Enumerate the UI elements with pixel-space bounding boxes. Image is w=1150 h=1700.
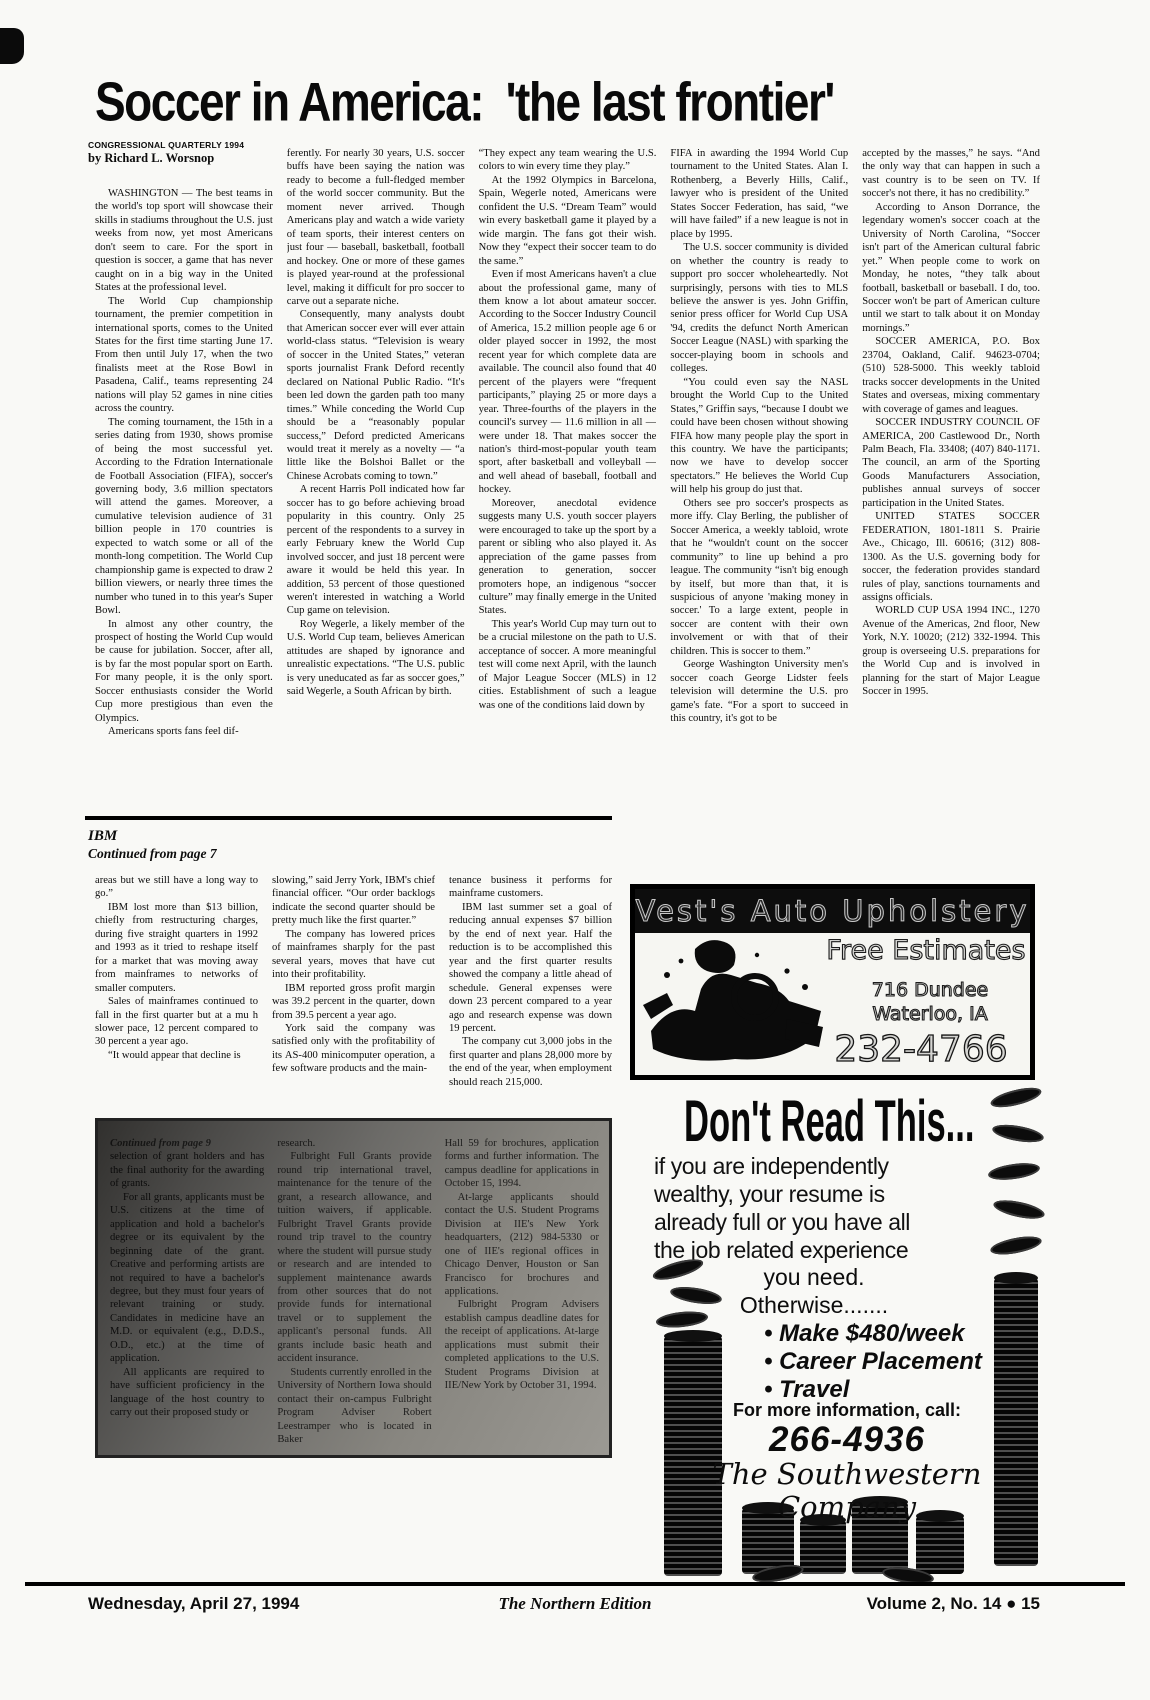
vest-ad-title-band: Vest's Auto Upholstery <box>635 889 1030 933</box>
footer-rule <box>25 1582 1125 1586</box>
soccer-article: WASHINGTON — The best teams in the world… <box>95 147 1040 883</box>
soccer-column-4: FIFA in awarding the 1994 World Cup tour… <box>670 147 848 883</box>
ibm-article-title: IBM <box>88 828 117 845</box>
fulbright-column-1: Continued from page 9 selection of grant… <box>110 1137 264 1445</box>
scan-ink-mark <box>0 28 24 64</box>
vest-ad-title: Vest's Auto Upholstery <box>636 894 1030 928</box>
ad-body-text: if you are independentlywealthy, your re… <box>654 1152 974 1264</box>
ibm-continued-line: Continued from page 7 <box>88 846 217 862</box>
page-title: Soccer in America: 'the last frontier' <box>95 70 1045 134</box>
vest-address-line1: 716 Dundee <box>845 979 1015 1001</box>
southwestern-company-logo-text: The SouthwesternCompany <box>692 1458 1002 1524</box>
soccer-column-5: accepted by the masses,” he says. “And t… <box>862 147 1040 883</box>
southwestern-company-ad: Don't Read This... if you are independen… <box>632 1082 1040 1580</box>
footer-volume-page: Volume 2, No. 14 ● 15 <box>740 1594 1040 1614</box>
vest-free-estimates: Free Estimates <box>821 935 1031 966</box>
fulbright-column-3: Hall 59 for brochures, application forms… <box>445 1137 599 1445</box>
soccer-column-3: “They expect any team wearing the U.S. c… <box>479 147 657 813</box>
newspaper-page: Soccer in America: 'the last frontier' C… <box>0 0 1150 1700</box>
dont-read-this-headline: Don't Read This... <box>684 1088 974 1155</box>
section-divider-rule <box>85 816 612 820</box>
ad-benefit-bullets: Make $480/weekCareer PlacementTravel <box>764 1320 982 1404</box>
soccer-column-1: WASHINGTON — The best teams in the world… <box>95 147 273 813</box>
footer-edition-name: The Northern Edition <box>425 1594 725 1614</box>
fulbright-continued-line: Continued from page 9 <box>110 1137 264 1150</box>
vest-phone-number: 232-4766 <box>811 1029 1031 1070</box>
vest-ad-body: Free Estimates 716 Dundee Waterloo, IA 2… <box>635 933 1030 1075</box>
ibm-column-1: areas but we still have a long way to go… <box>95 874 258 1106</box>
footer-date: Wednesday, April 27, 1994 <box>88 1594 299 1614</box>
ibm-column-2: slowing,” said Jerry York, IBM's chief f… <box>272 874 435 1106</box>
upholstery-worker-illustration <box>637 935 827 1073</box>
fulbright-column-2: research.Fulbright Full Grants provide r… <box>277 1137 431 1445</box>
fulbright-smudged-section: Continued from page 9 selection of grant… <box>95 1118 612 1458</box>
vest-auto-upholstery-ad: Vest's Auto Upholstery Free Estimates 71… <box>630 884 1035 1080</box>
soccer-column-2: ferently. For nearly 30 years, U.S. socc… <box>287 147 465 813</box>
ibm-article: areas but we still have a long way to go… <box>95 874 612 1106</box>
ibm-column-3: tenance business it performs for mainfra… <box>449 874 612 1106</box>
vest-address-line2: Waterloo, IA <box>845 1003 1015 1025</box>
